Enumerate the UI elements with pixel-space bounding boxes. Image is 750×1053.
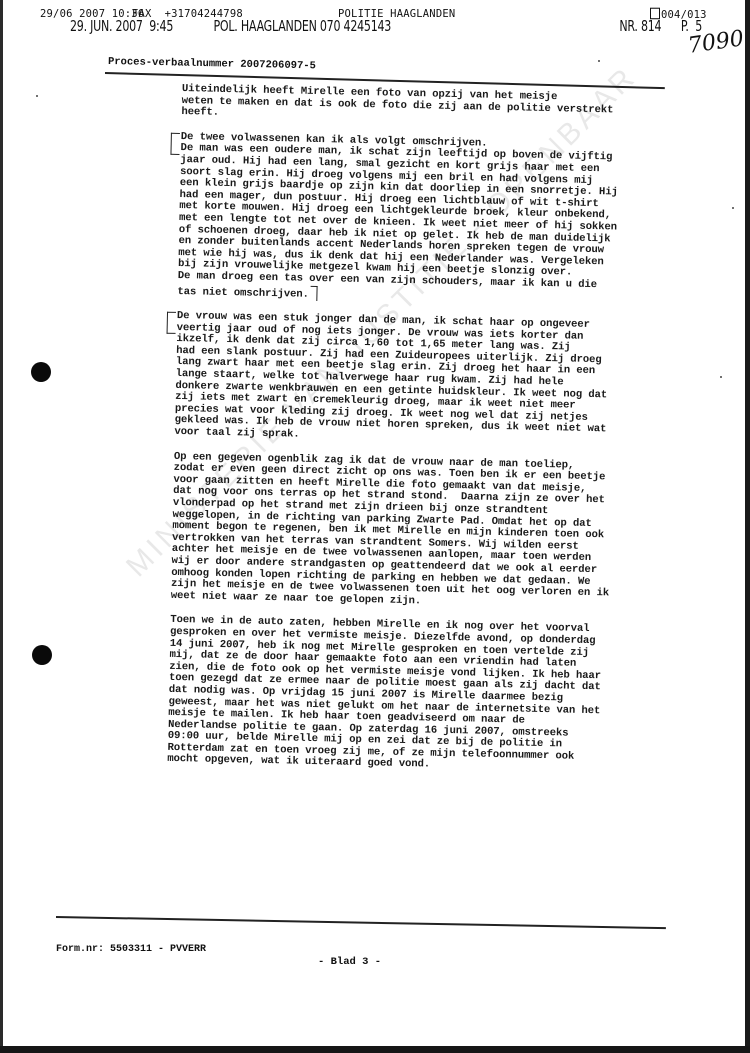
statement-paragraph: Uiteindelijk heeft Mirelle een foto van … — [181, 84, 652, 129]
fax-document-page: 29/06 2007 10:36 FAX +31704244798 POLITI… — [0, 0, 750, 1053]
statement-paragraph: De vrouw was een stuk jonger dan de man,… — [174, 311, 647, 449]
statement-body: Uiteindelijk heeft Mirelle een foto van … — [167, 84, 652, 789]
proces-verbaal-number: Proces-verbaalnummer 2007206097-5 — [108, 56, 316, 72]
bracket-mark-open — [167, 312, 176, 334]
scan-speck — [732, 207, 734, 209]
form-number: Form.nr: 5503311 - PVVERR — [56, 944, 206, 955]
statement-paragraph: Op een gegeven ogenblik zag ik dat de vr… — [171, 452, 644, 613]
bracket-mark-open — [170, 133, 179, 155]
statement-paragraph: Toen we in de auto zaten, hebben Mirelle… — [167, 615, 640, 776]
scan-speck — [36, 95, 38, 97]
fax-nr: NR. 814 — [619, 17, 661, 35]
footer-divider — [56, 916, 666, 929]
scan-speck — [720, 376, 722, 378]
punch-hole — [32, 645, 52, 665]
scan-speck — [598, 60, 600, 62]
fax-received-datetime: 29. JUN. 2007 9:45 — [70, 17, 173, 35]
bracket-mark-close — [311, 285, 318, 300]
scan-edge-right — [745, 0, 750, 1053]
fax-header-line-2: 29. JUN. 2007 9:45 POL. HAAGLANDEN 070 4… — [70, 17, 562, 37]
fax-received-organization: POL. HAAGLANDEN 070 4245143 — [214, 17, 392, 35]
statement-paragraph: De twee volwassenen kan ik als volgt oms… — [177, 132, 651, 309]
scan-edge-bottom — [0, 1046, 750, 1053]
page-label: - Blad 3 - — [318, 956, 381, 968]
scan-edge-left — [0, 0, 3, 1053]
punch-hole — [31, 362, 51, 382]
